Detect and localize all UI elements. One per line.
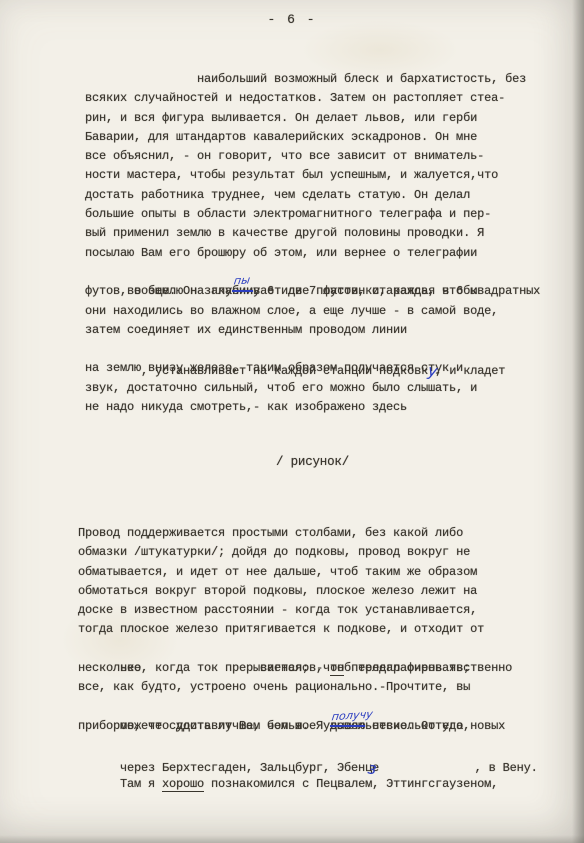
typed-line: обматывается, и идет от нее дальше, чтоб…	[78, 563, 538, 582]
typed-line-with-overlay-letter: через Берхтесгаден, Зальцбург, Эбенцез ,…	[78, 736, 538, 755]
typed-line: они находились во влажном слое, а еще лу…	[85, 302, 540, 321]
scanned-page: - 6 - наибольший возможный блеск и барха…	[0, 0, 584, 843]
typed-line: посылаю Вам его брошюру об этом, или вер…	[85, 244, 540, 263]
typed-line: затем соединяет их единственным проводом…	[85, 321, 540, 340]
strikethrough-correction: нчипы	[232, 282, 253, 301]
underlined-typed-text: хорошо	[162, 777, 204, 792]
typed-text: , в Вену.	[377, 761, 538, 775]
typed-line: большие опыты в области электромагнитног…	[85, 205, 540, 224]
typed-line: наибольший возможный блеск и бархатистос…	[85, 70, 540, 89]
typed-line: достать работника труднее, чем сделать с…	[85, 186, 540, 205]
typed-line: не надо никуда смотреть,- как изображено…	[85, 398, 540, 417]
typed-lines-group: Провод поддерживается простыми столбами,…	[78, 524, 538, 640]
page-number: - 6 -	[0, 12, 584, 27]
typed-line-with-correction: вообще. Он заканчипывает две пластинки, …	[85, 263, 540, 282]
strikethrough-correction: вышлюполучу	[330, 717, 365, 736]
figure-placeholder-label: / рисунок/	[276, 455, 349, 469]
typed-line: несколько сигналов,чтоб телеграфировать;	[78, 659, 538, 678]
typed-line-with-strike-correction: можете судить лучше, чем я. Я вышлюполуч…	[78, 698, 538, 717]
typed-line: футов, в землю на глубину 6 или 7 футов,…	[85, 282, 540, 301]
typed-text: Там я	[120, 777, 162, 791]
typed-line: ности мастера, чтобы результат был успеш…	[85, 166, 540, 185]
typed-line: всяких случайностей и недостатков. Затем…	[85, 89, 540, 108]
typed-line-with-handwritten-letter: , устанавливает на каждой станции подков…	[85, 340, 540, 359]
typed-line: вый применил землю в качестве другой пол…	[85, 224, 540, 243]
typed-line: тогда плоское железо притягивается к под…	[78, 620, 538, 639]
body-paragraph-1: наибольший возможный блеск и бархатистос…	[85, 70, 540, 417]
typed-line: обмазки /штукатурки/; дойдя до подковы, …	[78, 543, 538, 562]
typed-lines-group: футов, в землю на глубину 6 или 7 футов,…	[85, 282, 540, 340]
typed-text: через Берхтесгаден, Зальцбург, Эбенце	[120, 761, 379, 775]
typed-line: все, как будто, устроено очень рациональ…	[78, 678, 538, 697]
scan-edge-shadow	[572, 0, 584, 843]
typed-line: доске в известном расстоянии - когда ток…	[78, 601, 538, 620]
typed-line: звук, достаточно сильный, чтоб его можно…	[85, 379, 540, 398]
handwritten-correction: пы	[233, 271, 252, 291]
typed-line: Баварии, для штандартов кавалерийских эс…	[85, 128, 540, 147]
scan-edge-shadow	[0, 835, 584, 843]
typed-lines-group: наибольший возможный блеск и бархатистос…	[85, 70, 540, 263]
handwritten-letter: у	[427, 361, 437, 381]
typed-line: приборов, что доставит Вам большое удово…	[78, 717, 538, 736]
handwritten-correction: получу	[330, 705, 374, 727]
typed-line: рин, и вся фигура выливается. Он делает …	[85, 109, 540, 128]
typed-line: все объяснил, - он говорит, что все зави…	[85, 147, 540, 166]
typed-text: познакомился с Пецвалем, Эттингсгаузеном…	[204, 777, 498, 791]
typed-line: Провод поддерживается простыми столбами,…	[78, 524, 538, 543]
body-paragraph-2: Провод поддерживается простыми столбами,…	[78, 524, 538, 775]
typed-line: обмотаться вокруг второй подковы, плоско…	[78, 582, 538, 601]
typed-line-with-underline: нее, когда ток прерывается; - он передал…	[78, 640, 538, 659]
